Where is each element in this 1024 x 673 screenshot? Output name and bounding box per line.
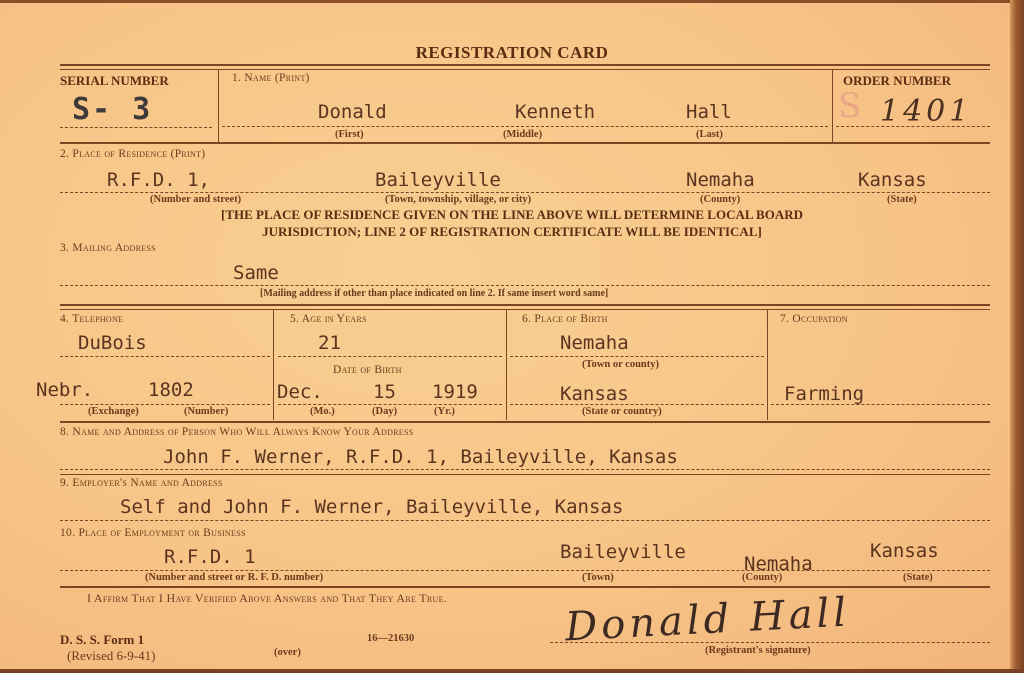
dob-year: 1919	[432, 381, 478, 403]
divider-tel-age	[273, 310, 274, 420]
age-value: 21	[318, 332, 341, 354]
occupation-value: Farming	[784, 383, 864, 405]
mailing-caption: [Mailing address if other than place ind…	[260, 288, 608, 299]
form-code: 16—21630	[367, 633, 414, 644]
name-first-caption: (First)	[335, 129, 364, 140]
birthplace-dash-2	[510, 404, 764, 405]
card-title: REGISTRATION CARD	[0, 43, 1024, 63]
divider-name-order	[832, 70, 833, 142]
contact-value: John F. Werner, R.F.D. 1, Baileyville, K…	[163, 446, 678, 468]
name-dash	[222, 126, 828, 127]
occupation-label: 7. Occupation	[780, 313, 848, 325]
contact-label: 8. Name and Address of Person Who Will A…	[60, 426, 413, 438]
birthplace-state: Kansas	[560, 383, 629, 405]
signature-dash	[550, 642, 990, 643]
serial-number-value: S- 3	[72, 92, 152, 127]
birthplace-town-caption: (Town or county)	[582, 359, 659, 370]
residence-dash	[60, 192, 990, 193]
residence-state-value: Kansas	[858, 169, 927, 191]
residence-county-value: Nemaha	[686, 169, 755, 191]
occupation-dash	[771, 404, 990, 405]
age-label: 5. Age in Years	[290, 313, 367, 325]
form-number: D. S. S. Form 1	[60, 632, 144, 648]
order-dash	[836, 126, 990, 127]
serial-number-label: SERIAL NUMBER	[60, 73, 169, 89]
telephone-exchange-name: DuBois	[78, 332, 147, 354]
rule-row7	[60, 421, 990, 423]
birthplace-label: 6. Place of Birth	[522, 313, 608, 325]
mailing-value: Same	[233, 262, 279, 284]
divider-age-birth	[506, 310, 507, 420]
dob-month-caption: (Mo.)	[310, 406, 335, 417]
signature-caption: (Registrant's signature)	[705, 645, 811, 656]
dob-label: Date of Birth	[333, 364, 402, 376]
telephone-label: 4. Telephone	[60, 313, 123, 325]
divider-birth-occ	[767, 310, 768, 420]
card-bottom-edge	[0, 669, 1024, 673]
form-over: (over)	[274, 647, 301, 658]
card-top-edge	[0, 0, 1024, 3]
dob-month: Dec.	[277, 381, 323, 403]
name-last-value: Hall	[686, 101, 732, 123]
employment-town: Baileyville	[560, 541, 686, 563]
name-last-caption: (Last)	[696, 129, 723, 140]
residence-street-caption: (Number and street)	[150, 194, 241, 205]
employment-state-caption: (State)	[903, 572, 933, 583]
employment-dash	[60, 570, 990, 571]
telephone-number-caption: (Number)	[184, 406, 228, 417]
employment-state: Kansas	[870, 540, 939, 562]
top-rule	[60, 64, 990, 66]
employment-street: R.F.D. 1	[164, 546, 256, 568]
employment-town-caption: (Town)	[582, 572, 614, 583]
form-revised: (Revised 6-9-41)	[67, 648, 155, 664]
age-dash	[278, 356, 502, 357]
rule-row10	[60, 586, 990, 588]
card-right-edge	[1010, 0, 1024, 673]
telephone-number: 1802	[148, 379, 194, 401]
serial-dash	[60, 127, 212, 128]
employment-county-caption: (County)	[742, 572, 782, 583]
rule-row1	[60, 142, 990, 144]
residence-notice-line1: [THE PLACE OF RESIDENCE GIVEN ON THE LIN…	[0, 206, 1024, 223]
employer-label: 9. Employer's Name and Address	[60, 477, 223, 489]
employer-dash	[60, 520, 990, 521]
birthplace-town: Nemaha	[560, 332, 629, 354]
divider-serial-name	[218, 70, 219, 142]
name-middle-value: Kenneth	[515, 101, 595, 123]
residence-town-caption: (Town, township, village, or city)	[385, 194, 531, 205]
residence-town-value: Baileyville	[375, 169, 501, 191]
rule-row8	[60, 474, 990, 475]
residence-street-value: R.F.D. 1,	[107, 169, 210, 191]
telephone-exchange: Nebr.	[36, 379, 93, 401]
residence-county-caption: (County)	[700, 194, 740, 205]
residence-state-caption: (State)	[887, 194, 917, 205]
dob-year-caption: (Yr.)	[434, 406, 455, 417]
rule-row3-inner	[60, 309, 990, 310]
rule-row3	[60, 304, 990, 306]
name-middle-caption: (Middle)	[503, 129, 542, 140]
telephone-exchange-caption: (Exchange)	[88, 406, 139, 417]
telephone-dash-2	[60, 404, 270, 405]
affirmation-text: I Affirm That I Have Verified Above Answ…	[87, 591, 447, 606]
residence-notice-line2: JURISDICTION; LINE 2 OF REGISTRATION CER…	[0, 223, 1024, 240]
employer-value: Self and John F. Werner, Baileyville, Ka…	[120, 496, 623, 518]
name-label: 1. Name (Print)	[232, 72, 310, 84]
order-stamp-prefix: S	[838, 86, 861, 126]
order-number-value: 1401	[880, 94, 972, 129]
birthplace-dash-1	[510, 356, 764, 357]
top-rule-inner	[60, 69, 990, 70]
contact-dash	[60, 469, 990, 470]
mailing-label: 3. Mailing Address	[60, 242, 156, 254]
birthplace-state-caption: (State or country)	[582, 406, 662, 417]
dob-dash	[278, 404, 502, 405]
dob-day-caption: (Day)	[372, 406, 397, 417]
employment-label: 10. Place of Employment or Business	[60, 527, 246, 539]
residence-label: 2. Place of Residence (Print)	[60, 148, 205, 160]
mailing-dash	[60, 285, 990, 286]
name-first-value: Donald	[318, 101, 387, 123]
dob-day: 15	[373, 381, 396, 403]
telephone-dash-1	[60, 356, 270, 357]
employment-street-caption: (Number and street or R. F. D. number)	[145, 572, 323, 583]
